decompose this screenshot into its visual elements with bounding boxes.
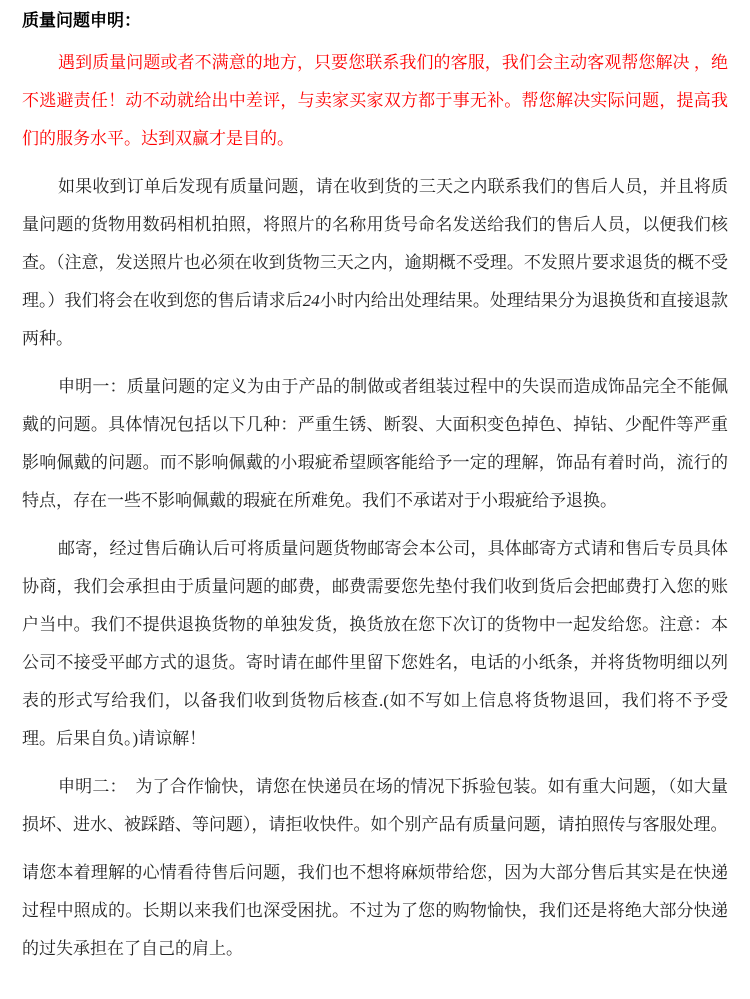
hours-value: 24 [303, 291, 320, 310]
statement-one-paragraph: 申明一：质量问题的定义为由于产品的制做或者组装过程中的失误而造成饰品完全不能佩戴… [22, 368, 728, 520]
mailing-paragraph: 邮寄，经过售后确认后可将质量问题货物邮寄会本公司，具体邮寄方式请和售后专员具体协… [22, 530, 728, 758]
aftersale-policy-paragraph: 如果收到订单后发现有质量问题，请在收到货的三天之内联系我们的售后人员，并且将质量… [22, 168, 728, 358]
statement-two-paragraph: 申明二： 为了合作愉快，请您在快递员在场的情况下拆验包装。如有重大问题，（如大量… [22, 768, 728, 844]
intro-red-paragraph: 遇到质量问题或者不满意的地方，只要您联系我们的客服，我们会主动客观帮您解决 ，绝… [22, 44, 728, 158]
quality-statement-document: 质量问题申明： 遇到质量问题或者不满意的地方，只要您联系我们的客服，我们会主动客… [0, 0, 750, 999]
document-title: 质量问题申明： [22, 8, 728, 34]
closing-paragraph: 请您本着理解的心情看待售后问题，我们也不想将麻烦带给您，因为大部分售后其实是在快… [22, 854, 728, 968]
